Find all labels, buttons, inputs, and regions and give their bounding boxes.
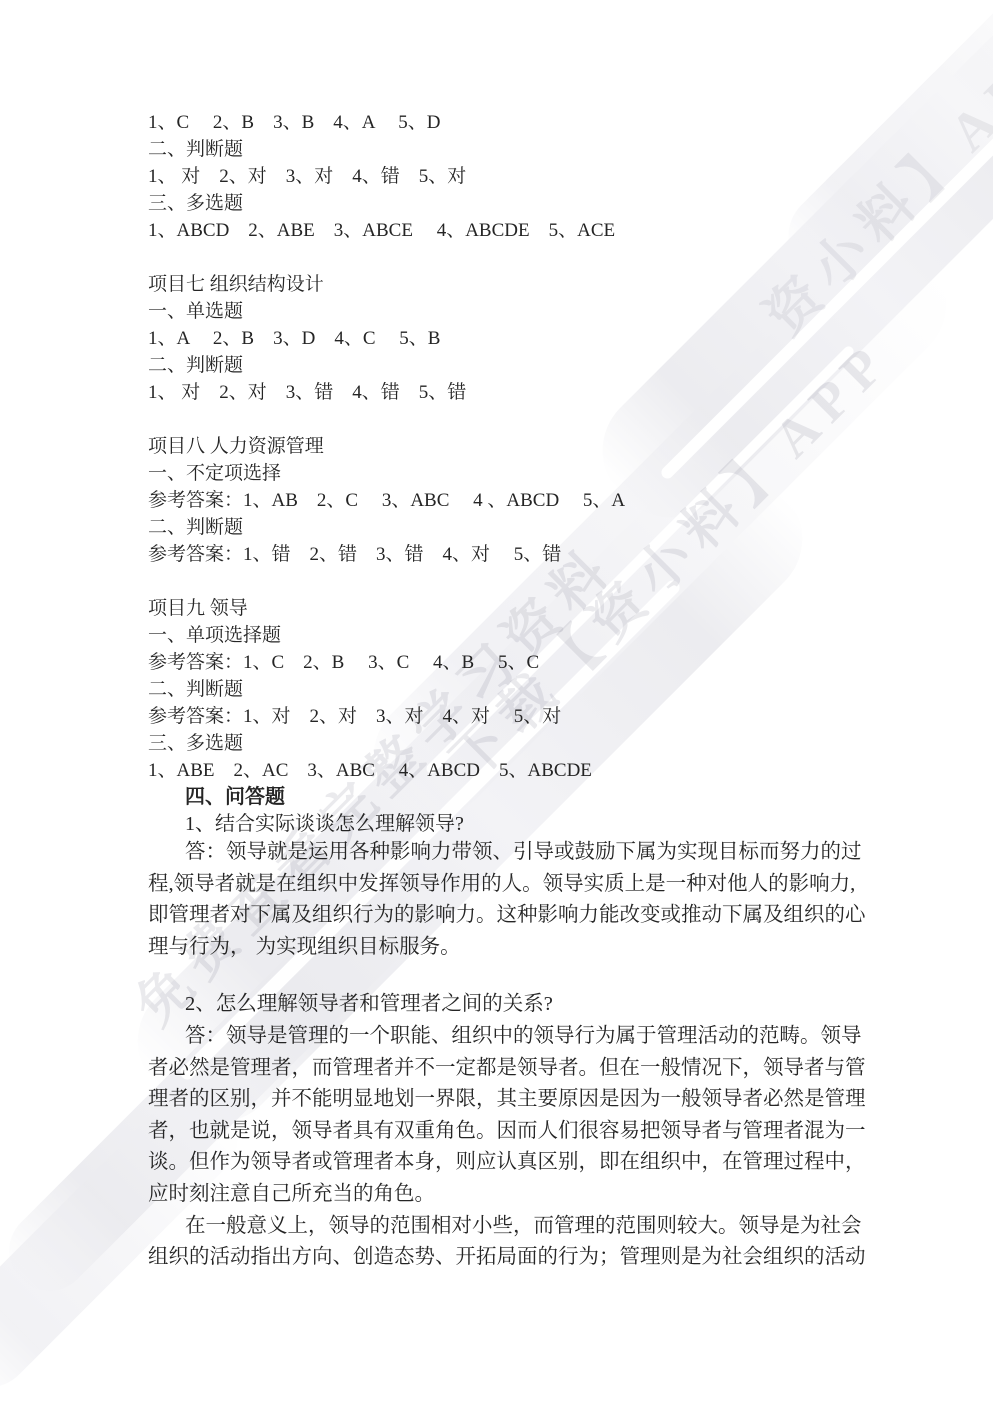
- text-line: 应时刻注意自己所充当的角色。: [148, 1179, 908, 1211]
- text-line: 二、判断题: [148, 514, 908, 541]
- text-line: 参考答案：1、错 2、错 3、错 4、对 5、错: [148, 541, 908, 568]
- text-line: 组织的活动指出方向、创造态势、开拓局面的行为；管理则是为社会组织的活动: [148, 1242, 908, 1274]
- text-line: 参考答案：1、AB 2、C 3、ABC 4 、ABCD 5、A: [148, 487, 908, 514]
- text-line: 二、判断题: [148, 136, 908, 163]
- text-line: 二、判断题: [148, 676, 908, 703]
- text-line: 在一般意义上，领导的范围相对小些，而管理的范围则较大。领导是为社会: [148, 1211, 908, 1243]
- text-line: 即管理者对下属及组织行为的影响力。这种影响力能改变或推动下属及组织的心: [148, 900, 908, 932]
- text-line: 者，也就是说，领导者具有双重角色。因而人们很容易把领导者与管理者混为一: [148, 1116, 908, 1148]
- text-line: 答：领导是管理的一个职能、组织中的领导行为属于管理活动的范畴。领导: [148, 1021, 908, 1053]
- text-line: 者必然是管理者，而管理者并不一定都是领导者。但在一般情况下，领导者与管: [148, 1053, 908, 1085]
- text-line: 项目七 组织结构设计: [148, 271, 908, 298]
- text-line: 理者的区别，并不能明显地划一界限，其主要原因是因为一般领导者必然是管理: [148, 1084, 908, 1116]
- text-line: 三、多选题: [148, 190, 908, 217]
- text-line: 1、 对 2、对 3、错 4、错 5、错: [148, 379, 908, 406]
- text-line: 1、A 2、B 3、D 4、C 5、B: [148, 325, 908, 352]
- document-lines: 1、C 2、B 3、B 4、A 5、D二、判断题1、 对 2、对 3、对 4、错…: [148, 109, 908, 1274]
- text-line: 2、怎么理解领导者和管理者之间的关系?: [148, 989, 908, 1021]
- blank-line: [148, 244, 908, 271]
- text-line: 一、不定项选择: [148, 460, 908, 487]
- text-line: 理与行为， 为实现组织目标服务。: [148, 932, 908, 964]
- text-line: 参考答案：1、对 2、对 3、对 4、对 5、对: [148, 703, 908, 730]
- text-line: 谈。但作为领导者或管理者本身，则应认真区别，即在组织中，在管理过程中，: [148, 1147, 908, 1179]
- text-line: 参考答案：1、C 2、B 3、C 4、B 5、C: [148, 649, 908, 676]
- text-line: 程,领导者就是在组织中发挥领导作用的人。领导实质上是一种对他人的影响力,: [148, 869, 908, 901]
- text-line: 一、单选题: [148, 298, 908, 325]
- text-line: 项目八 人力资源管理: [148, 433, 908, 460]
- blank-line: [148, 568, 908, 595]
- text-line: 四、问答题: [148, 784, 908, 811]
- blank-line: [148, 406, 908, 433]
- text-line: 二、判断题: [148, 352, 908, 379]
- text-line: 1、C 2、B 3、B 4、A 5、D: [148, 109, 908, 136]
- text-line: 项目九 领导: [148, 595, 908, 622]
- blank-line: [148, 963, 908, 989]
- text-line: 一、单项选择题: [148, 622, 908, 649]
- text-line: 三、多选题: [148, 730, 908, 757]
- text-line: 1、结合实际谈谈怎么理解领导?: [148, 811, 908, 837]
- text-line: 1、ABE 2、AC 3、ABC 4、ABCD 5、ABCDE: [148, 757, 908, 784]
- document-page: 免费查看完整学习资料 下载【资小料】APP 资小料】APP 1、C 2、B 3、…: [0, 0, 993, 1404]
- text-line: 答：领导就是运用各种影响力带领、引导或鼓励下属为实现目标而努力的过: [148, 837, 908, 869]
- text-line: 1、 对 2、对 3、对 4、错 5、对: [148, 163, 908, 190]
- text-line: 1、ABCD 2、ABE 3、ABCE 4、ABCDE 5、ACE: [148, 217, 908, 244]
